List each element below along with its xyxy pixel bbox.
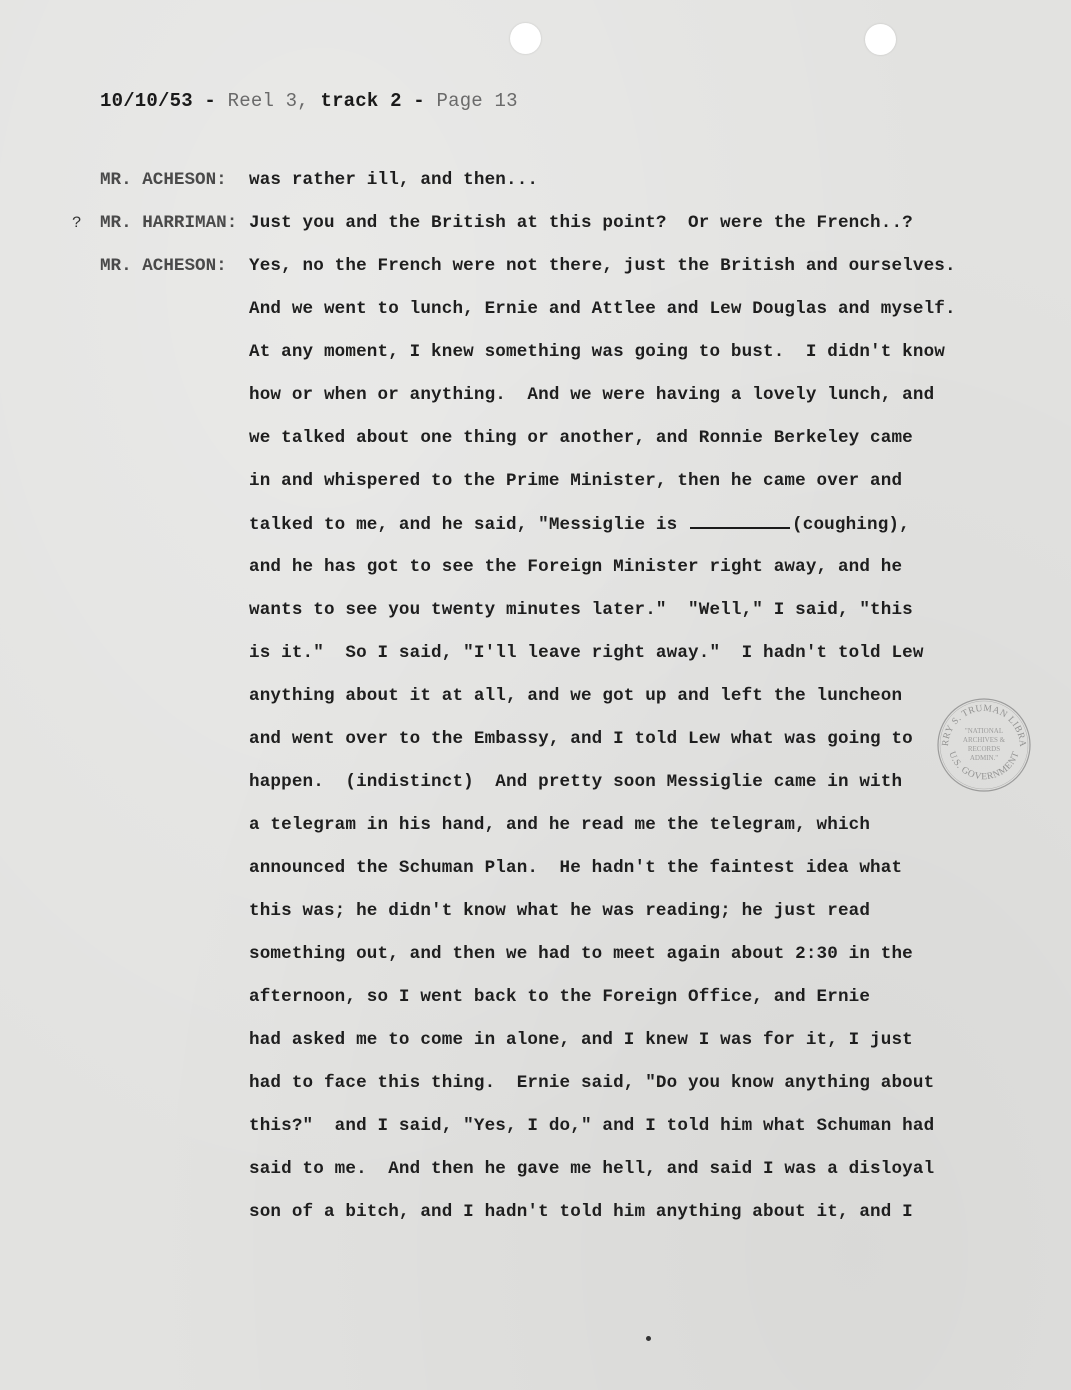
transcript-line: son of a bitch, and I hadn't told him an… [249,1201,913,1223]
transcript-line: something out, and then we had to meet a… [249,943,913,965]
transcript-line: this was; he didn't know what he was rea… [249,900,870,922]
transcript-line: a telegram in his hand, and he read me t… [249,814,870,836]
transcript-line: and he has got to see the Foreign Minist… [249,556,902,578]
document-page: 10/10/53 - Reel 3, track 2 - Page 13 MR.… [0,0,1071,1390]
transcript-line-with-gap: talked to me, and he said, "Messiglie is… [249,513,910,536]
transcript-line: wants to see you twenty minutes later." … [249,599,913,621]
transcript-line: At any moment, I knew something was goin… [249,341,945,363]
speaker-label: MR. ACHESON: [100,169,227,191]
header-reel: Reel 3, [228,90,309,112]
punch-hole-left [510,23,541,54]
gap-annotation: (coughing), [792,515,910,535]
header-date: 10/10/53 [100,90,193,112]
inaudible-blank [690,513,790,529]
paper-speck [646,1336,651,1341]
transcript-line: anything about it at all, and we got up … [249,685,902,707]
transcript-line: Just you and the British at this point? … [249,212,913,234]
transcript-line: in and whispered to the Prime Minister, … [249,470,902,492]
header-separator-1: - [193,90,228,112]
transcript-line: we talked about one thing or another, an… [249,427,913,449]
transcript-line: and went over to the Embassy, and I told… [249,728,913,750]
transcript-line: announced the Schuman Plan. He hadn't th… [249,857,902,879]
transcript-line: this?" and I said, "Yes, I do," and I to… [249,1115,934,1137]
speaker-label: MR. HARRIMAN: [100,212,237,234]
transcript-text: talked to me, and he said, "Messiglie is [249,515,677,535]
transcript-line: Yes, no the French were not there, just … [249,255,956,277]
header-track: track 2 [309,90,402,112]
transcript-line: was rather ill, and then... [249,169,538,191]
transcript-line: And we went to lunch, Ernie and Attlee a… [249,298,956,320]
svg-text:RECORDS: RECORDS [968,745,1000,753]
header-page: Page 13 [437,90,518,112]
transcript-line: said to me. And then he gave me hell, an… [249,1158,934,1180]
svg-text:ARCHIVES &: ARCHIVES & [963,736,1006,744]
speaker-label: MR. ACHESON: [100,255,227,277]
transcript-line: how or when or anything. And we were hav… [249,384,934,406]
archive-stamp-icon: HARRY S. TRUMAN LIBRARY U.S. GOVERNMENT … [934,695,1034,795]
transcript-line: had to face this thing. Ernie said, "Do … [249,1072,934,1094]
header-separator-2: - [402,90,437,112]
transcript-line: had asked me to come in alone, and I kne… [249,1029,913,1051]
punch-hole-right [865,24,896,55]
svg-text:"NATIONAL: "NATIONAL [965,727,1003,735]
transcript-line: afternoon, so I went back to the Foreign… [249,986,870,1008]
svg-text:ADMIN.": ADMIN." [970,754,998,762]
transcript-line: happen. (indistinct) And pretty soon Mes… [249,771,902,793]
query-mark: ? [72,212,82,234]
transcript-line: is it." So I said, "I'll leave right awa… [249,642,924,664]
page-header: 10/10/53 - Reel 3, track 2 - Page 13 [100,90,518,112]
